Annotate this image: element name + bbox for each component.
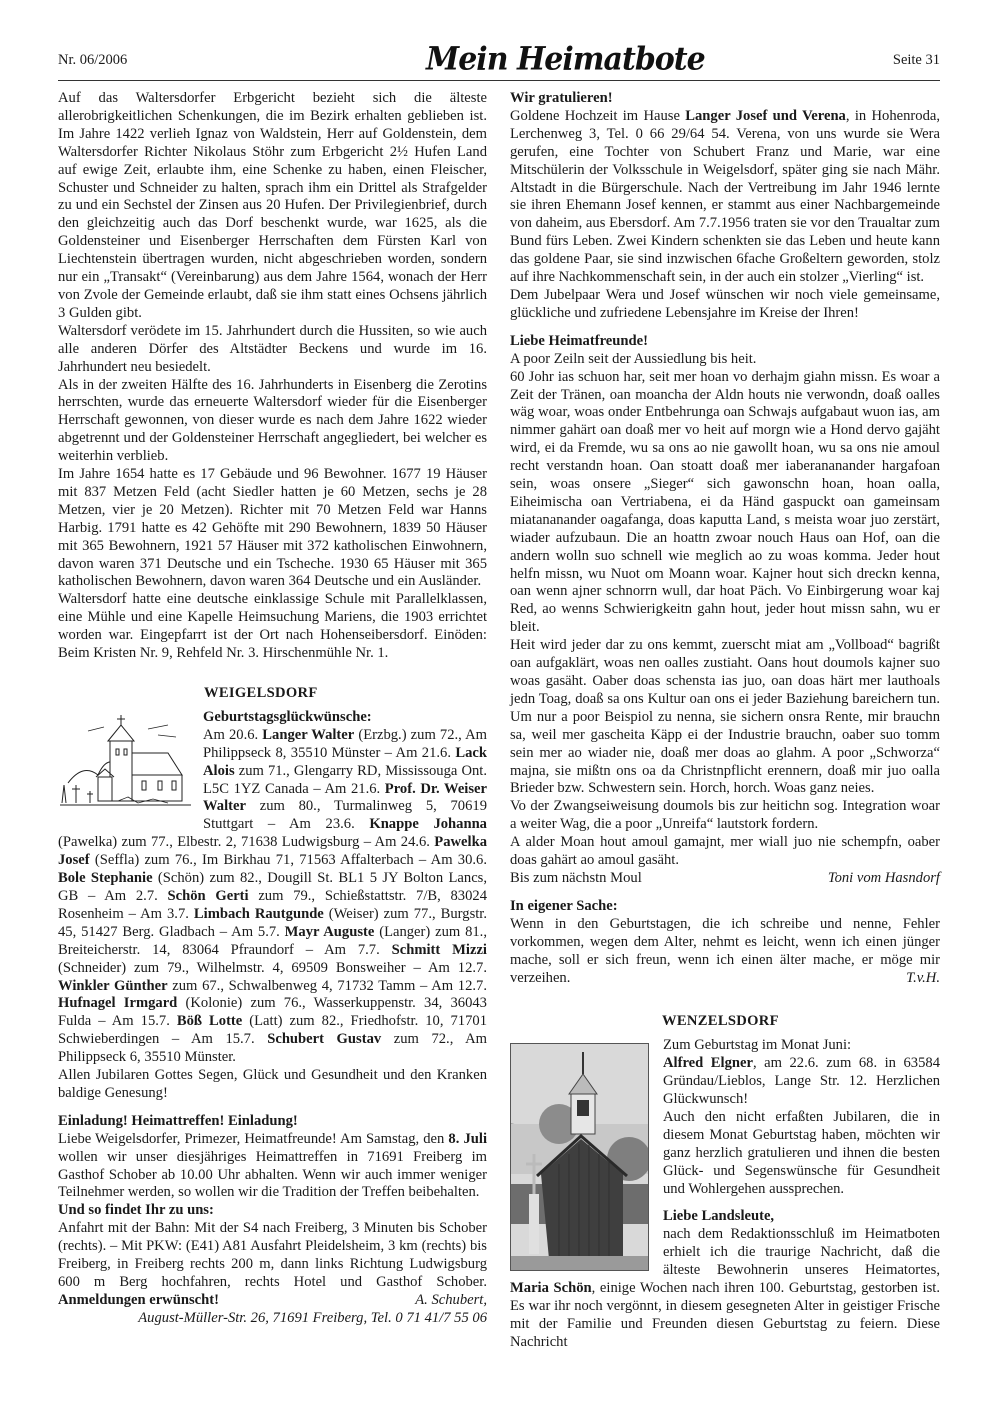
einladung-text-pre: Liebe Weigelsdorfer, Primezer, Heimatfre…: [58, 1131, 448, 1147]
directions-body: Anfahrt mit der Bahn: Mit der S4 nach Fr…: [58, 1220, 487, 1290]
author-initials: T.v.H.: [906, 970, 940, 988]
article-heimatfreunde: Liebe Heimatfreunde! A poor Zeiln seit d…: [510, 333, 940, 888]
paragraph: Als in der zweiten Hälfte des 16. Jahrhu…: [58, 377, 487, 467]
birthday-name: Schmitt Mizzi: [392, 942, 487, 958]
signature-row: Bis zum nächstn Moul Toni vom Hasndorf: [510, 870, 940, 888]
birthday-text: Am 20.6.: [203, 727, 262, 743]
einladung-text: Liebe Weigelsdorfer, Primezer, Heimatfre…: [58, 1131, 487, 1203]
church-sketch-image: [58, 713, 193, 813]
right-column: Wir gratulieren! Goldene Hochzeit im Hau…: [510, 90, 940, 1352]
birthday-name: Mayr Auguste: [285, 924, 375, 940]
gratulieren-title: Wir gratulieren!: [510, 90, 940, 108]
section-title-weigelsdorf: WEIGELSDORF: [58, 685, 487, 703]
article-einladung: Einladung! Heimattreffen! Einladung! Lie…: [58, 1113, 487, 1328]
paragraph: Heit wird jeder dar zu ons kemmt, zuersc…: [510, 637, 940, 798]
paragraph: Auf das Waltersdorfer Erbgericht bezieht…: [58, 90, 487, 323]
directions-title: Und so findet Ihr zu uns:: [58, 1202, 487, 1220]
issue-number: Nr. 06/2006: [58, 52, 127, 69]
birthday-name: Limbach Rautgunde: [194, 906, 324, 922]
eigene-sache-body: Wenn in den Geburtstagen, die ich schrei…: [510, 916, 940, 986]
event-date: 8. Juli: [448, 1131, 487, 1147]
heimatfreunde-title: Liebe Heimatfreunde!: [510, 333, 940, 351]
birthday-text: (Seffla) zum 76., Im Birkhau 71, 71563 A…: [90, 852, 487, 868]
landsleute-pre: nach dem Redaktionsschluß im Heimatboten…: [663, 1226, 940, 1278]
einladung-text-post: wollen wir unser diesjähriges Heimattref…: [58, 1149, 487, 1201]
birthday-text: zum 67., Schwalbenweg 4, 71732 Tamm – Am…: [168, 978, 487, 994]
paragraph: Waltersdorf verödete im 15. Jahrhundert …: [58, 323, 487, 377]
page-header: Nr. 06/2006 Mein Heimatbote Seite 31: [58, 44, 940, 81]
author-signature: A. Schubert,: [415, 1292, 487, 1310]
birthday-name: Knappe Johanna: [369, 816, 487, 832]
birthday-text: (Schneider) zum 79., Wilhelmstr. 4, 6950…: [58, 960, 487, 976]
article-wenzelsdorf: Zum Geburtstag im Monat Juni: Alfred Elg…: [510, 1037, 940, 1351]
birthday-text: (Pawelka) zum 77., Elbestr. 2, 71638 Lud…: [58, 834, 434, 850]
article-eigene-sache: In eigener Sache: Wenn in den Geburtstag…: [510, 898, 940, 988]
section-title-wenzelsdorf: WENZELSDORF: [510, 1013, 940, 1031]
gratulieren-wish: Dem Jubelpaar Wera und Josef wünschen wi…: [510, 287, 940, 323]
birthday-name: Schön Gerti: [168, 888, 249, 904]
birthday-name: Schubert Gustav: [267, 1031, 381, 1047]
paragraph: A poor Zeiln seit der Aussiedlung bis he…: [510, 351, 940, 369]
birthday-closing: Allen Jubilaren Gottes Segen, Glück und …: [58, 1067, 487, 1103]
deceased-name: Maria Schön: [510, 1280, 592, 1296]
birthday-name: Böß Lotte: [177, 1013, 242, 1029]
paragraph: Im Jahre 1654 hatte es 17 Gebäude und 96…: [58, 466, 487, 591]
birthday-name: Langer Walter: [262, 727, 354, 743]
author-signature: Toni vom Hasndorf: [828, 870, 940, 888]
directions-text: Anfahrt mit der Bahn: Mit der S4 nach Fr…: [58, 1220, 487, 1310]
eigene-sache-text: Wenn in den Geburtstagen, die ich schrei…: [510, 916, 940, 988]
gratulieren-text: Goldene Hochzeit im Hause Langer Josef u…: [510, 108, 940, 287]
couple-name: Langer Josef und Verena: [685, 108, 846, 124]
paragraph: A alder Moan hout amoul gamajnt, mer wia…: [510, 834, 940, 870]
gratulieren-pre: Goldene Hochzeit im Hause: [510, 108, 685, 124]
masthead-logo: Mein Heimatbote: [426, 41, 705, 78]
birthday-name: Hufnagel Irmgard: [58, 995, 177, 1011]
author-address: August-Müller-Str. 26, 71691 Freiberg, T…: [58, 1310, 487, 1328]
eigene-sache-title: In eigener Sache:: [510, 898, 940, 916]
article-gratulieren: Wir gratulieren! Goldene Hochzeit im Hau…: [510, 90, 940, 323]
left-column: Auf das Waltersdorfer Erbgericht bezieht…: [58, 90, 487, 1328]
page-number: Seite 31: [893, 52, 940, 69]
einladung-title: Einladung! Heimattreffen! Einladung!: [58, 1113, 487, 1131]
article-waltersdorf: Auf das Waltersdorfer Erbgericht bezieht…: [58, 90, 487, 663]
birthday-name: Bole Stephanie: [58, 870, 153, 886]
birthday-name: Alfred Elgner: [663, 1055, 753, 1071]
paragraph: Waltersdorf hatte eine deutsche einklass…: [58, 591, 487, 663]
chapel-photo-image: [510, 1043, 649, 1271]
birthday-name: Winkler Günther: [58, 978, 168, 994]
article-weigelsdorf: Geburtstagsglückwünsche: Am 20.6. Langer…: [58, 709, 487, 1103]
paragraph: Vo der Zwangseiweisung doumols bis zur h…: [510, 798, 940, 834]
registration-note: Anmeldungen erwünscht!: [58, 1292, 219, 1308]
gratulieren-post: , in Hohenroda, Lerchenweg 3, Tel. 0 66 …: [510, 108, 940, 285]
paragraph: 60 Johr ias schuon har, seit mer hoan vo…: [510, 369, 940, 638]
farewell-text: Bis zum nächstn Moul: [510, 870, 642, 888]
